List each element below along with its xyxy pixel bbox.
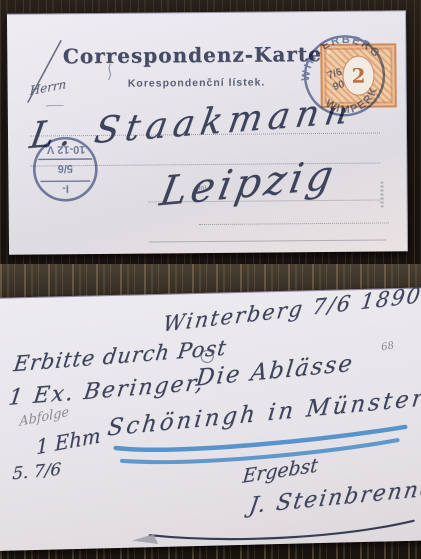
handwritten-request: Erbitte durch Post [12,336,228,377]
postmark-row3: 10-12 V. [45,143,86,155]
address-line [149,239,386,242]
handwritten-closing: Ergebst [242,454,319,488]
postmark-arrival-leipzig: I- 5/6 10-12 V. [30,134,101,205]
postmark-town-czech: WIMPERK [321,81,386,124]
postmark-year: 90 [331,78,346,93]
postmark-row2: 5/6 [58,162,73,174]
printer-imprint-mark [380,181,383,207]
blue-crayon-underline [122,440,398,463]
postmark-row1: I- [62,182,69,194]
photo-of-postcards: Correspondenz-Karte. Korespondenční líst… [0,0,421,559]
postcard-front: Correspondenz-Karte. Korespondenční líst… [7,10,408,254]
pen-flourish-stroke [46,105,64,106]
ink-margin-note: 5. 7/6 [12,460,62,485]
flourish-arrowhead-smudge [132,534,158,545]
handwritten-city: Leipzig [156,152,340,216]
handwritten-order-quantity: 1 Ex. Beringer, [7,371,206,411]
signature-flourish-underline [150,521,414,542]
ink-margin-note: 1 Ehm [36,423,101,459]
address-line [199,222,389,225]
postcard-back: Winterberg 7/6 1890 Erbitte durch Post 1… [0,287,421,551]
pencil-number: 68 [380,340,394,353]
